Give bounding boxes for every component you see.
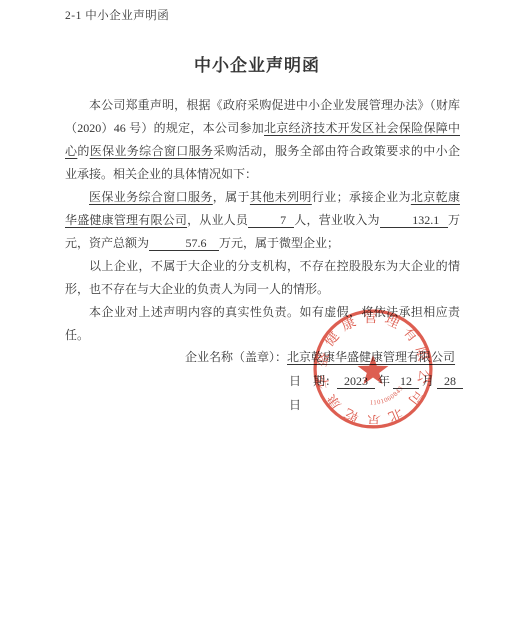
date-year-unit: 年 <box>378 374 390 388</box>
text-run: ，属于 <box>213 190 250 204</box>
date-year-value: 2023 <box>337 374 375 389</box>
text-run: ，从业人员 <box>187 213 248 227</box>
signature-company-name: 北京乾康华盛健康管理有限公司 <box>287 350 455 364</box>
paragraph-declaration: 本公司郑重声明，根据《政府采购促进中小企业发展管理办法》（财库（2020）46 … <box>65 94 460 186</box>
paragraph-enterprise-details: 医保业务综合窗口服务，属于其他未列明行业；承接企业为北京乾康华盛健康管理有限公司… <box>65 186 460 255</box>
text-run: 人，营业收入为 <box>294 213 380 227</box>
date-month-value: 12 <box>393 374 419 389</box>
signature-date-line: 日 期：2023 年 12 月 28 日 <box>185 369 475 417</box>
text-run: 万元，属于微型企业； <box>219 236 339 250</box>
text-run: 的 <box>77 144 89 158</box>
blank-employee-count: 7 <box>248 213 294 228</box>
document-header-label: 2-1 中小企业声明函 <box>65 7 169 23</box>
document-body: 本公司郑重声明，根据《政府采购促进中小企业发展管理办法》（财库（2020）46 … <box>65 94 460 347</box>
company-seal-label: 企业名称（盖章）： <box>185 350 287 364</box>
paragraph-responsibility-statement: 本企业对上述声明内容的真实性负责。如有虚假，将依法承担相应责任。 <box>65 301 460 347</box>
declaration-document-page: 2-1 中小企业声明函 中小企业声明函 本公司郑重声明，根据《政府采购促进中小企… <box>0 0 514 619</box>
underlined-industry: 其他未列明 <box>250 190 312 204</box>
date-day-unit: 日 <box>289 398 301 412</box>
blank-revenue-amount: 132.1 <box>380 213 448 228</box>
underlined-project-name: 医保业务综合窗口服务 <box>90 144 214 158</box>
date-label: 日 期： <box>289 374 337 388</box>
paragraph-independence-statement: 以上企业，不属于大企业的分支机构，不存在控股股东为大企业的情形，也不存在与大企业… <box>65 255 460 301</box>
document-title: 中小企业声明函 <box>0 51 514 76</box>
signature-company-line: 企业名称（盖章）：北京乾康华盛健康管理有限公司 <box>185 345 475 369</box>
underlined-service-name: 医保业务综合窗口服务 <box>89 190 213 204</box>
signature-block: 企业名称（盖章）：北京乾康华盛健康管理有限公司 日 期：2023 年 12 月 … <box>185 345 475 417</box>
date-month-unit: 月 <box>422 374 434 388</box>
text-run: 行业；承接企业为 <box>312 190 411 204</box>
date-day-value: 28 <box>437 374 463 389</box>
blank-assets-amount: 57.6 <box>149 236 219 251</box>
